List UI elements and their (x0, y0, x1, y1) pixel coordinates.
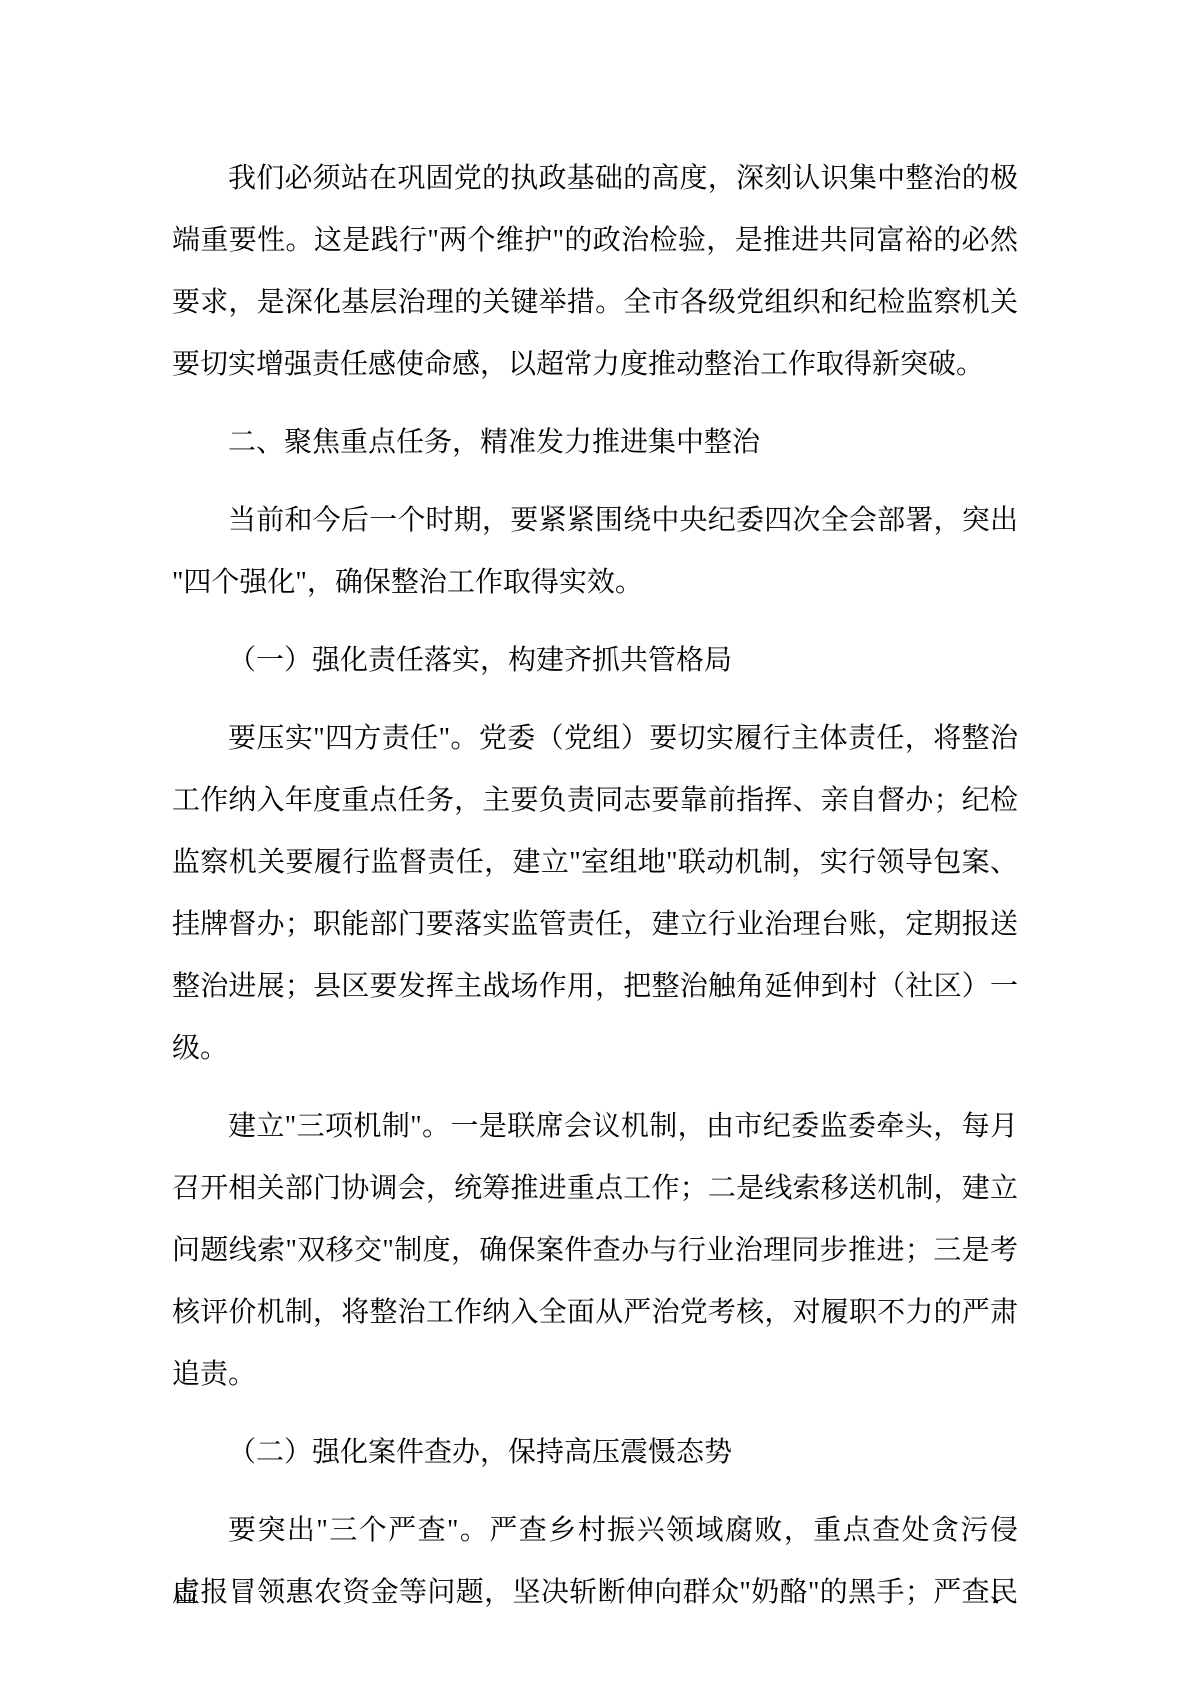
text-line: 追责。 (172, 1344, 1018, 1406)
text-line: 端重要性。这是践行"两个维护"的政治检验，是推进共同富裕的必然 (172, 210, 1018, 272)
text-line: 要切实增强责任感使命感，以超常力度推动整治工作取得新突破。 (172, 334, 1018, 396)
text-line: 挂牌督办；职能部门要落实监管责任，建立行业治理台账，定期报送 (172, 894, 1018, 956)
text-line: 工作纳入年度重点任务，主要负责同志要靠前指挥、亲自督办；纪检 (172, 770, 1018, 832)
text-line: "四个强化"，确保整治工作取得实效。 (172, 552, 1018, 614)
document-content: 我们必须站在巩固党的执政基础的高度，深刻认识集中整治的极 端重要性。这是践行"两… (172, 148, 1018, 1640)
text-line: 要求，是深化基层治理的关键举措。全市各级党组织和纪检监察机关 (172, 272, 1018, 334)
text-line: 建立"三项机制"。一是联席会议机制，由市纪委监委牵头，每月 (172, 1096, 1018, 1158)
text-line: 要压实"四方责任"。党委（党组）要切实履行主体责任，将整治 (172, 708, 1018, 770)
document-page: 我们必须站在巩固党的执政基础的高度，深刻认识集中整治的极 端重要性。这是践行"两… (0, 0, 1190, 1683)
text-line: 召开相关部门协调会，统筹推进重点工作；二是线索移送机制，建立 (172, 1158, 1018, 1220)
text-line: 当前和今后一个时期，要紧紧围绕中央纪委四次全会部署，突出 (172, 490, 1018, 552)
text-line: 整治进展；县区要发挥主战场作用，把整治触角延伸到村（社区）一 (172, 956, 1018, 1018)
text-line: 问题线索"双移交"制度，确保案件查办与行业治理同步推进；三是考 (172, 1220, 1018, 1282)
text-line: 核评价机制，将整治工作纳入全面从严治党考核，对履职不力的严肃 (172, 1282, 1018, 1344)
text-line: 我们必须站在巩固党的执政基础的高度，深刻认识集中整治的极 (172, 148, 1018, 210)
text-line: 要突出"三个严查"。严查乡村振兴领域腐败，重点查处贪污侵占、 (172, 1500, 1018, 1562)
text-line: 虚报冒领惠农资金等问题，坚决斩断伸向群众"奶酪"的黑手；严查民 (172, 1562, 1018, 1624)
subsection-heading-line: （一）强化责任落实，构建齐抓共管格局 (172, 630, 1018, 692)
text-line: 级。 (172, 1018, 1018, 1080)
section-heading-line: 二、聚焦重点任务，精准发力推进集中整治 (172, 412, 1018, 474)
text-line: 监察机关要履行监督责任，建立"室组地"联动机制，实行领导包案、 (172, 832, 1018, 894)
subsection-heading-line: （二）强化案件查办，保持高压震慑态势 (172, 1422, 1018, 1484)
